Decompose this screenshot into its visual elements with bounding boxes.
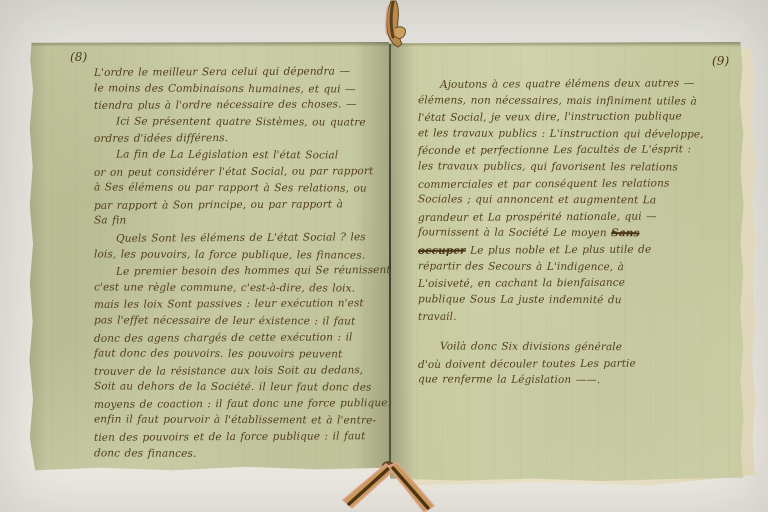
manuscript-line: or on peut considérer l'état Social, ou … [94, 165, 384, 183]
left-page-text: L'ordre le meilleur Sera celui qui dépen… [28, 42, 390, 472]
line-text: fournissent à la Société Le moyen [418, 227, 607, 240]
manuscript-line: élémens, non nécessaires, mais infinimen… [418, 94, 738, 112]
manuscript-line: trouver de la résistance aux lois Soit a… [94, 364, 384, 382]
manuscript-line: Sa fin [94, 215, 384, 233]
ribbon-top-icon [371, 0, 415, 52]
manuscript-line: pas l'effet nécessaire de leur éxistence… [94, 314, 384, 332]
manuscript-line: L'oisiveté, en cachant la bienfaisance [418, 276, 738, 295]
manuscript-line: tien des pouvoirs et de la force publiqu… [94, 430, 384, 448]
manuscript-line: mais les loix Sont passives : leur exécu… [94, 297, 384, 315]
manuscript-line: l'état Social, je veux dire, l'instructi… [418, 110, 738, 129]
manuscript-line: répartir des Secours à L'indigence, à [418, 260, 738, 278]
manuscript-line: tiendra plus à l'ordre nécessaire des ch… [94, 98, 384, 116]
right-page-text: Ajoutons à ces quatre élémens deux autre… [390, 42, 744, 482]
crossed-out-word: occuper [418, 245, 466, 257]
manuscript-line: Voilà donc Six divisions générale [418, 340, 738, 358]
manuscript-line: par rapport à Son principe, ou par rappo… [94, 198, 384, 216]
manuscript-line: L'ordre le meilleur Sera celui qui dépen… [94, 65, 384, 83]
manuscript-line: enfin il faut pourvoir à l'établissement… [94, 414, 384, 432]
manuscript-line: faut donc des pouvoirs. les pouvoirs peu… [94, 347, 384, 365]
manuscript-line: féconde et perfectionne Les facultés de … [418, 143, 738, 162]
manuscript-line: ordres d'idées différens. [94, 131, 384, 149]
manuscript-line: Sociales ; qui annoncent et augmentent L… [418, 193, 738, 211]
ribbon-bottom-icon [328, 456, 452, 512]
manuscript-photo: (8) L'ordre le meilleur Sera celui qui d… [0, 0, 768, 512]
manuscript-line: Quels Sont les élémens de L'état Social … [94, 231, 384, 249]
manuscript-line: Soit au dehors de la Société. il leur fa… [94, 381, 384, 399]
crossed-out-word: Sans [611, 227, 639, 239]
manuscript-line: à Ses élémens ou par rapport à Ses relat… [94, 182, 384, 200]
manuscript-line: travail. [418, 309, 738, 328]
manuscript-page-right: (9) Ajoutons à ces quatre élémens deux a… [390, 42, 744, 482]
manuscript-page-left: (8) L'ordre le meilleur Sera celui qui d… [28, 42, 390, 472]
manuscript-line: commerciales et par conséquent les relat… [418, 177, 738, 196]
manuscript-line: publique Sous La juste indemnité du [418, 293, 738, 311]
manuscript-line: les travaux publics, qui favorisent les … [418, 160, 738, 178]
manuscript-line: d'où doivent découler toutes Les partie [418, 357, 738, 376]
manuscript-line: Le premier besoin des hommes qui Se réun… [94, 264, 384, 282]
manuscript-line: le moins des Combinaisons humaines, et q… [94, 82, 384, 100]
manuscript-line: Ajoutons à ces quatre élémens deux autre… [418, 77, 738, 96]
line-text: Le plus noble et Le plus utile de [470, 243, 651, 256]
manuscript-line: Ici Se présentent quatre Sistèmes, ou qu… [94, 115, 384, 133]
manuscript-line: La fin de La Législation est l'état Soci… [94, 148, 384, 166]
manuscript-line: fournissent à la Société Le moyen Sans [418, 227, 738, 245]
manuscript-line: c'est une règle commune, c'est-à-dire, d… [94, 281, 384, 299]
manuscript-line: lois, les pouvoirs, la force publique, l… [94, 248, 384, 266]
manuscript-line: que renferme la Législation ——. [418, 373, 738, 391]
manuscript-line: donc des agens chargés de cette exécutio… [94, 331, 384, 349]
centerfold-crease [389, 44, 391, 471]
manuscript-line: occuper Le plus noble et Le plus utile d… [418, 243, 738, 262]
